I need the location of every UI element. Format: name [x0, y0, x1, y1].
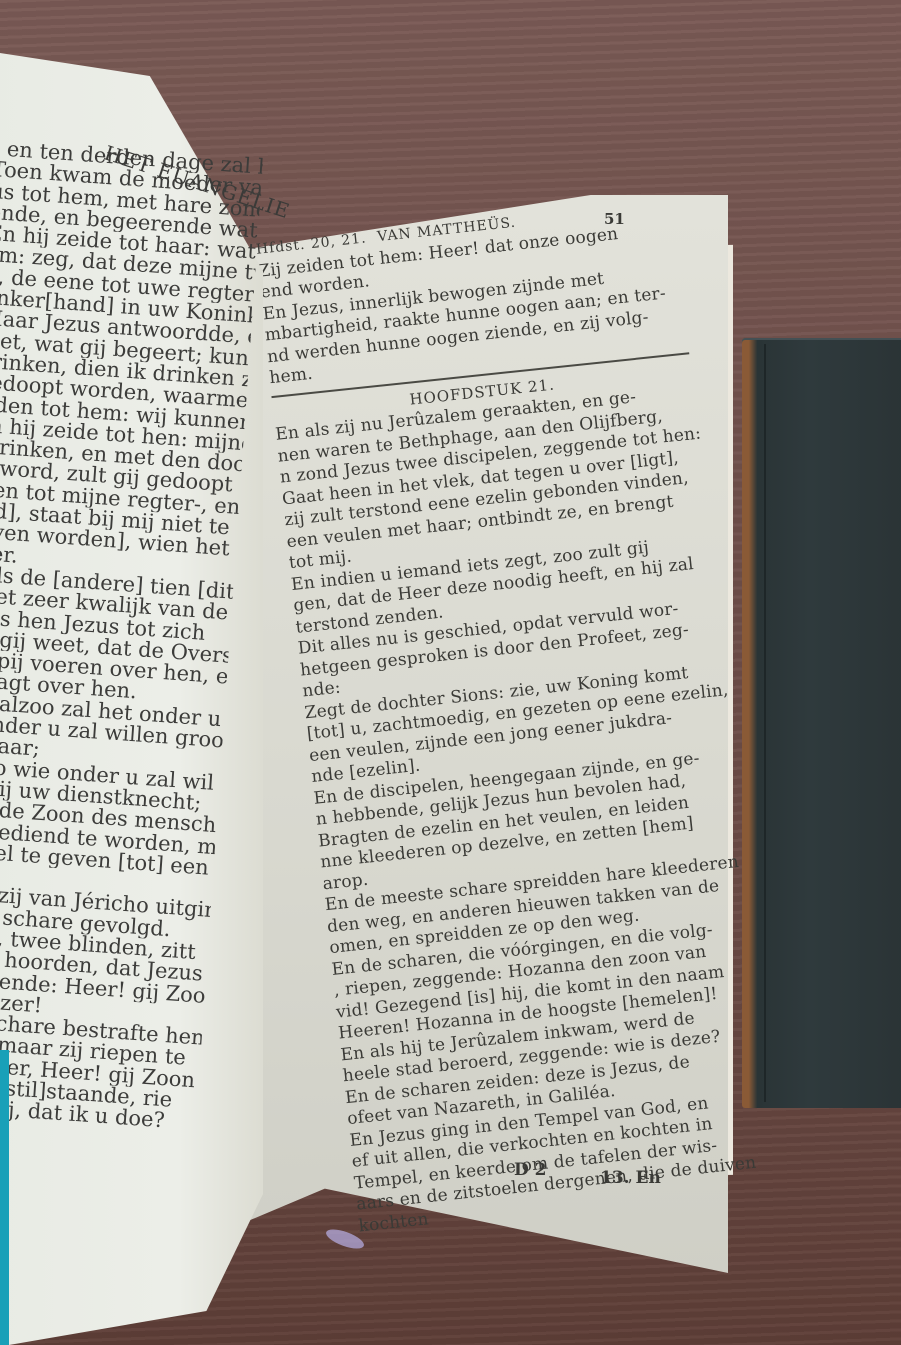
dark-green-book: [742, 338, 901, 1108]
chapter-verses: En als zij nu Jerûzalem geraakten, en ge…: [274, 381, 777, 1237]
teal-bookmark-edge: [0, 1050, 9, 1345]
signature-mark: D 2: [514, 1160, 547, 1180]
book-spine-edge: [764, 344, 766, 1102]
catchword: 13. En: [600, 1168, 661, 1188]
